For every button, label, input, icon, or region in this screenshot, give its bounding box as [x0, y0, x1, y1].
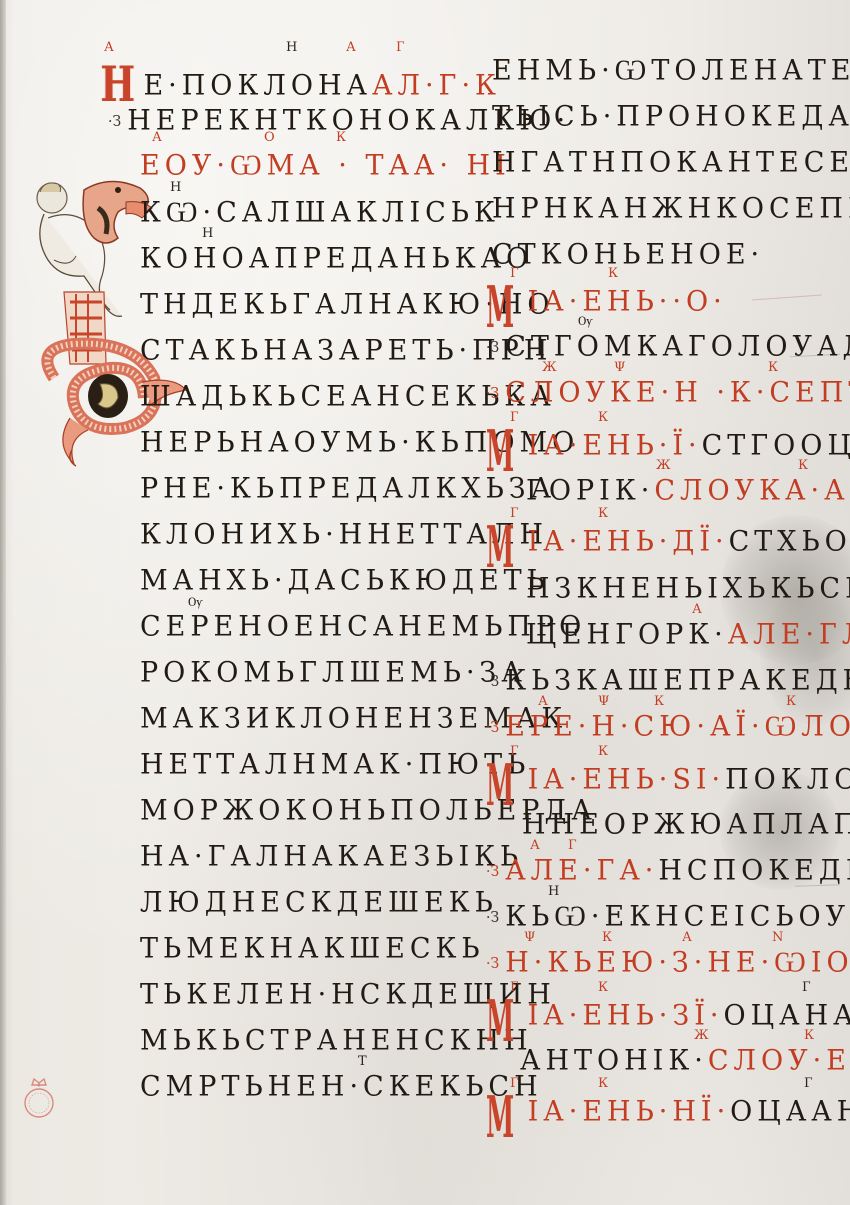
rubric-line: МІА·ЕНЬ·ДЇ·СТХЬОЦЬ: [486, 523, 850, 558]
rubric-segment: СЛОУ·Е·ДЕКЕ: [708, 1044, 850, 1077]
text-segment: ЛЮДНЕСКДЕШЕКЬ: [140, 886, 498, 919]
text-line: КѠ·САЛШАКЛІСЬК: [140, 197, 500, 229]
superscript-mark: Г: [510, 982, 519, 994]
rubric-segment: ІА·ЕНЬ·ДЇ·: [528, 525, 729, 558]
text-line: АНТОНІК·СЛОУ·Е·ДЕКЕ: [520, 1045, 850, 1077]
superscript-mark: Г: [510, 1078, 519, 1090]
superscript-mark: К: [786, 696, 796, 708]
superscript-mark: К: [336, 132, 346, 144]
rubric-line: ·ЗН·КЬЕЮ·З·НЕ·ѠІОА·: [486, 947, 850, 980]
superscript-mark: N: [772, 932, 783, 944]
text-segment: НГАТНПОКАНТЕСЕ: [492, 146, 850, 179]
superscript-mark: Ψ: [614, 362, 625, 374]
superscript-mark: А: [682, 932, 692, 944]
text-segment: ЩЕНГОРК·: [526, 618, 728, 651]
superscript-mark: Ѹ: [188, 597, 202, 609]
rubric-segment: АЛЕ·ГА·: [505, 854, 658, 887]
superscript-mark: Н: [202, 228, 213, 240]
superscript-mark: Ж: [694, 1030, 709, 1042]
text-segment: НРНКАНЖНКОСЕПРЬ: [492, 192, 850, 225]
text-line: СМРТЬНЕН·СКЕКЬСН: [140, 1071, 543, 1103]
text-line: СЕРЕНОЕНСАНЕМЬПРО: [140, 611, 586, 643]
superscript-mark: Н: [286, 42, 297, 54]
text-segment: КЬЗКАШЕПРАКЕДЬ: [505, 664, 850, 697]
text-line: ЛЮДНЕСКДЕШЕКЬ: [140, 887, 498, 919]
manuscript-page: НЕ·ПОКЛОНААЛ·Г·К А Н А Г ·ЗНЕРЕКНТКОНОКА…: [0, 0, 850, 1205]
superscript-mark: К: [598, 1078, 608, 1090]
superscript-mark: А: [152, 132, 162, 144]
rubric-line: МІА·ЕНЬ·Ї·СТГООЦАГРН: [486, 427, 850, 462]
superscript-mark: Ψ: [524, 932, 535, 944]
text-segment: ЕНМЬ·ѠТОЛЕНАТЕ: [492, 54, 850, 87]
rubric-line: ·ЗСЛОУКЕ·Н ·К·СЕПТЕ: [486, 377, 850, 410]
text-line: НЕ·ПОКЛОНААЛ·Г·К: [96, 63, 501, 105]
line-marker: ·З: [486, 340, 499, 357]
red-initial-letter: М: [486, 283, 514, 333]
rubric-segment: АЛЕ·ГЛ·Д: [728, 618, 850, 651]
text-line: НЕТТАЛНМАК·ПЮТЬ: [140, 749, 530, 781]
rubric-segment: ІА·ЕНЬ·НЇ·: [528, 1095, 731, 1128]
red-initial-letter: М: [486, 427, 514, 477]
text-line: ·ЗАЛЕ·ГА·НСПОКЕДЕНЬСА·: [486, 855, 850, 888]
rubric-segment: АЛ·Г·К: [372, 69, 501, 102]
line-marker: ·З: [486, 674, 499, 691]
text-segment: СЕРЕНОЕНСАНЕМЬПРО: [140, 610, 586, 643]
superscript-mark: К: [768, 362, 778, 374]
text-segment: СТХЬОЦЬ: [729, 525, 850, 558]
text-segment: СТГООЦАГРН: [702, 429, 850, 462]
line-marker: ·З: [486, 956, 499, 973]
superscript-mark: Г: [802, 982, 811, 994]
superscript-mark: Т: [358, 1056, 367, 1068]
line-marker: ·З: [486, 864, 499, 881]
rubric-segment: ІА·ЕНЬ·: [528, 285, 673, 318]
text-segment: НЗКНЕНЬІХЬКЬСИНА: [526, 572, 850, 605]
text-segment: КЬѠ·ЕКНСЕІСЬОУНКО·: [505, 900, 850, 933]
text-line: ТЬІСЬ·ПРОНОКЕДАТІ: [492, 101, 850, 133]
text-line: НЗКНЕНЬІХЬКЬСИНА: [526, 573, 850, 605]
rubric-line: МІА·ЕНЬ·ЗЇ·ОЦАНАШЕ: [486, 997, 850, 1032]
superscript-mark: А: [104, 42, 114, 54]
superscript-mark: О: [264, 132, 275, 144]
superscript-mark: Г: [510, 268, 519, 280]
superscript-mark: Г: [568, 840, 577, 852]
superscript-mark: К: [602, 932, 612, 944]
text-line: ЩЕНГОРК·АЛЕ·ГЛ·Д: [526, 619, 850, 651]
rubric-line: МІА·ЕНЬ·ЅІ·ПОКЛОНЕ: [486, 761, 850, 796]
text-line: РОКОМЬГЛШЕМЬ·ЗА: [140, 657, 527, 689]
text-line: НРНКАНЖНКОСЕПРЬ: [492, 193, 850, 225]
superscript-mark: Г: [804, 1078, 813, 1090]
text-segment: НСПОКЕДЕНЬСА·: [658, 854, 850, 887]
superscript-mark: А: [692, 604, 702, 616]
superscript-mark: К: [598, 412, 608, 424]
rubric-line: МІА·ЕНЬ··О·: [486, 283, 727, 318]
text-line: ·ЗСТГОМКАГОЛОУАДА·: [486, 331, 850, 364]
superscript-mark: Г: [396, 42, 405, 54]
superscript-mark: К: [598, 508, 608, 520]
superscript-mark: Н: [170, 182, 181, 194]
red-initial-letter: М: [486, 1093, 514, 1143]
rubric-segment: ІА·ЕНЬ·ЅІ·: [528, 763, 725, 796]
text-line: ·ЗКЬЗКАШЕПРАКЕДЬ: [486, 665, 850, 698]
text-segment: ННЕОРЖЮАПЛАПЕТРА·: [522, 808, 850, 841]
text-segment: ТЬІСЬ·ПРОНОКЕДАТІ: [492, 100, 850, 133]
text-segment: НА·ГАЛНАКАЕЗЬІКЬ: [140, 840, 523, 873]
rubric-segment: ЕРЕ·Н·СЮ·АЇ·ѠЛОУ: [505, 710, 850, 743]
red-initial-letter: М: [486, 523, 514, 573]
text-line: ·ЗКЬѠ·ЕКНСЕІСЬОУНКО·: [486, 901, 850, 934]
margin-ruling: [752, 295, 822, 301]
superscript-mark: Н: [548, 886, 559, 898]
text-segment: ТЬМЕКНАКШЕСКЬ: [140, 932, 485, 965]
rubric-line: МІА·ЕНЬ·НЇ·ОЦААНАТА: [486, 1093, 850, 1128]
rubric-line: ·ЗЕРЕ·Н·СЮ·АЇ·ѠЛОУ: [486, 711, 850, 744]
text-segment: СМРТЬНЕН·СКЕКЬСН: [140, 1070, 543, 1103]
rubric-segment: ·О·: [672, 285, 726, 318]
text-segment: ОЦААНАТА: [730, 1095, 850, 1128]
text-segment: Е·ПОКЛОНА: [143, 69, 372, 102]
text-segment: НЕТТАЛНМАК·ПЮТЬ: [140, 748, 530, 781]
text-segment: РОКОМЬГЛШЕМЬ·ЗА: [140, 656, 527, 689]
superscript-mark: Г: [510, 412, 519, 424]
superscript-mark: Ж: [656, 460, 671, 472]
page-gutter: [0, 0, 6, 1205]
rubric-segment: ІА·ЕНЬ·ЗЇ·: [528, 999, 724, 1032]
superscript-mark: Г: [510, 746, 519, 758]
text-line: КОНОАПРЕДАНЬКАО: [140, 243, 533, 275]
superscript-mark: Ж: [542, 362, 557, 374]
superscript-mark: Ψ: [598, 696, 609, 708]
text-line: ГОРІК·СЛОУКА·А·СЕПТЕ: [526, 475, 850, 507]
superscript-mark: Ѹ: [578, 316, 592, 328]
superscript-mark: А: [346, 42, 356, 54]
text-segment: СТГОМКАГОЛОУАДА·: [505, 330, 850, 363]
superscript-mark: К: [608, 268, 618, 280]
line-marker: ·З: [108, 114, 121, 131]
text-segment: СТКОНЬЕНОЕ·: [492, 238, 764, 271]
text-line: ТЬМЕКНАКШЕСКЬ: [140, 933, 485, 965]
superscript-mark: К: [598, 982, 608, 994]
text-line: НГАТНПОКАНТЕСЕ: [492, 147, 850, 179]
text-line: НА·ГАЛНАКАЕЗЬІКЬ: [140, 841, 523, 873]
line-marker: ·З: [486, 720, 499, 737]
text-line: ЕОУ·ѠМА · ТАА· НІ: [140, 150, 511, 182]
superscript-mark: К: [598, 746, 608, 758]
superscript-mark: К: [804, 1030, 814, 1042]
rubric-segment: ЕОУ·: [140, 149, 230, 182]
superscript-mark: К: [654, 696, 664, 708]
superscript-mark: А: [530, 840, 540, 852]
red-initial-letter: М: [486, 761, 514, 811]
line-marker: ·З: [486, 386, 499, 403]
library-stamp-icon: [20, 1075, 58, 1121]
text-line: МЬКЬСТРАНЕНСКНН: [140, 1025, 533, 1057]
text-segment: ПОКЛОНЕ: [725, 763, 850, 796]
superscript-mark: А: [538, 696, 548, 708]
superscript-mark: Г: [510, 508, 519, 520]
rubric-segment: СЛОУКА·А·СЕПТЕ: [654, 474, 850, 507]
text-line: ЕНМЬ·ѠТОЛЕНАТЕ: [492, 55, 850, 87]
text-segment: КѠ·САЛШАКЛІСЬК: [140, 196, 500, 229]
text-segment: КОНОАПРЕДАНЬКАО: [140, 242, 533, 275]
rubric-segment: СЛОУКЕ·Н ·К·СЕПТЕ: [505, 376, 850, 409]
red-initial-letter: Н: [100, 63, 135, 105]
text-segment: ОЦАНАШЕ: [723, 999, 850, 1032]
text-line: СТКОНЬЕНОЕ·: [492, 239, 764, 271]
text-segment: МЬКЬСТРАНЕНСКНН: [140, 1024, 533, 1057]
rubric-segment: ІА·ЕНЬ·Ї·: [528, 429, 702, 462]
red-initial-letter: М: [486, 997, 514, 1047]
superscript-mark: К: [798, 460, 808, 472]
text-line: ННЕОРЖЮАПЛАПЕТРА·: [522, 809, 850, 841]
text-segment: АНТОНІК·: [520, 1044, 708, 1077]
rubric-segment: ѠМА · ТАА· НІ: [230, 149, 511, 182]
rubric-segment: Н·КЬЕЮ·З·НЕ·ѠІОА·: [505, 946, 850, 979]
text-segment: ГОРІК·: [526, 474, 654, 507]
line-marker: ·З: [486, 910, 499, 927]
